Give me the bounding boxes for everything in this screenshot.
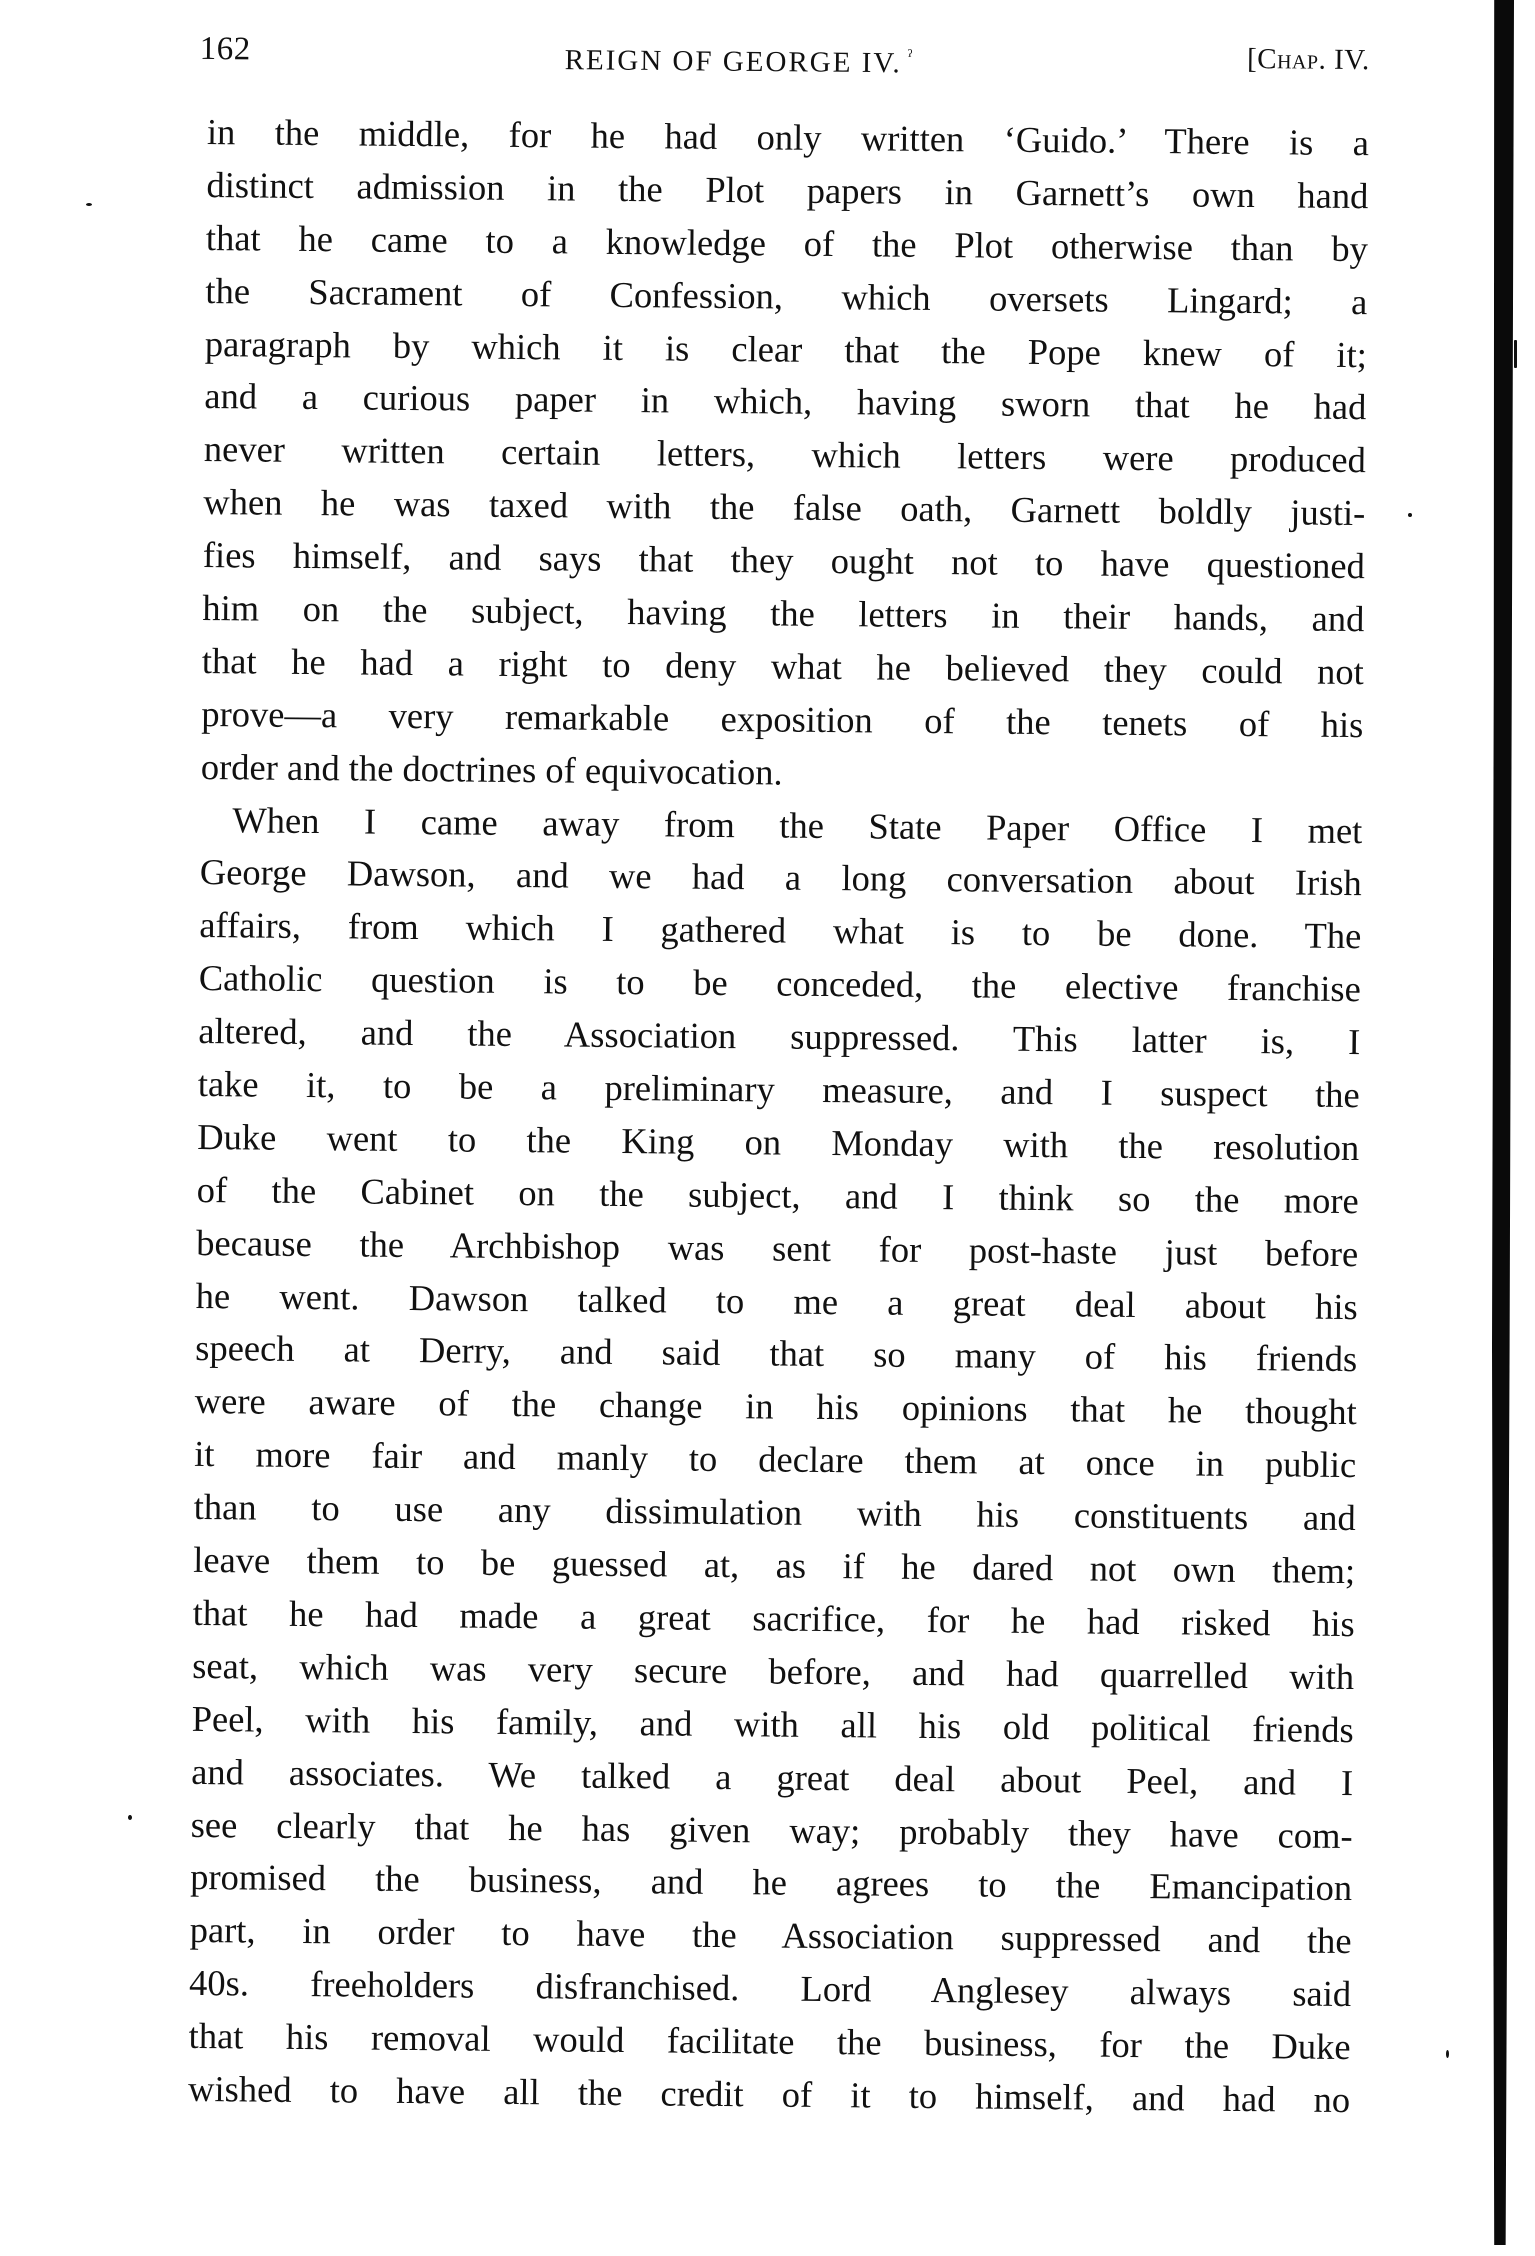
- running-title-text: REIGN OF GEORGE IV.: [564, 44, 901, 79]
- body-text: in the middle, for he had only written ‘…: [188, 106, 1369, 2127]
- scan-speck: [128, 1815, 132, 1820]
- binding-edge-shadow: [1492, 0, 1514, 2245]
- paragraph-2: When I came away from the State Paper Of…: [188, 794, 1363, 2127]
- running-title: REIGN OF GEORGE IV.ˀ: [564, 25, 914, 90]
- text-line: wished to have all the credit of it to h…: [188, 2063, 1350, 2127]
- running-head: 162 REIGN OF GEORGE IV.ˀ [Chap. IV.: [207, 22, 1369, 87]
- page-content: 162 REIGN OF GEORGE IV.ˀ [Chap. IV. in t…: [188, 22, 1370, 2127]
- chapter-label: [Chap. IV.: [1247, 32, 1370, 87]
- scan-speck: [1446, 2050, 1449, 2058]
- scan-speck: [1408, 513, 1412, 517]
- page-number: 162: [199, 22, 251, 76]
- scan-speck: [86, 203, 92, 206]
- scan-speck: [1514, 340, 1517, 368]
- scanned-book-page: 162 REIGN OF GEORGE IV.ˀ [Chap. IV. in t…: [0, 0, 1535, 2256]
- stray-mark: ˀ: [908, 46, 915, 66]
- paragraph-1: in the middle, for he had only written ‘…: [201, 106, 1370, 805]
